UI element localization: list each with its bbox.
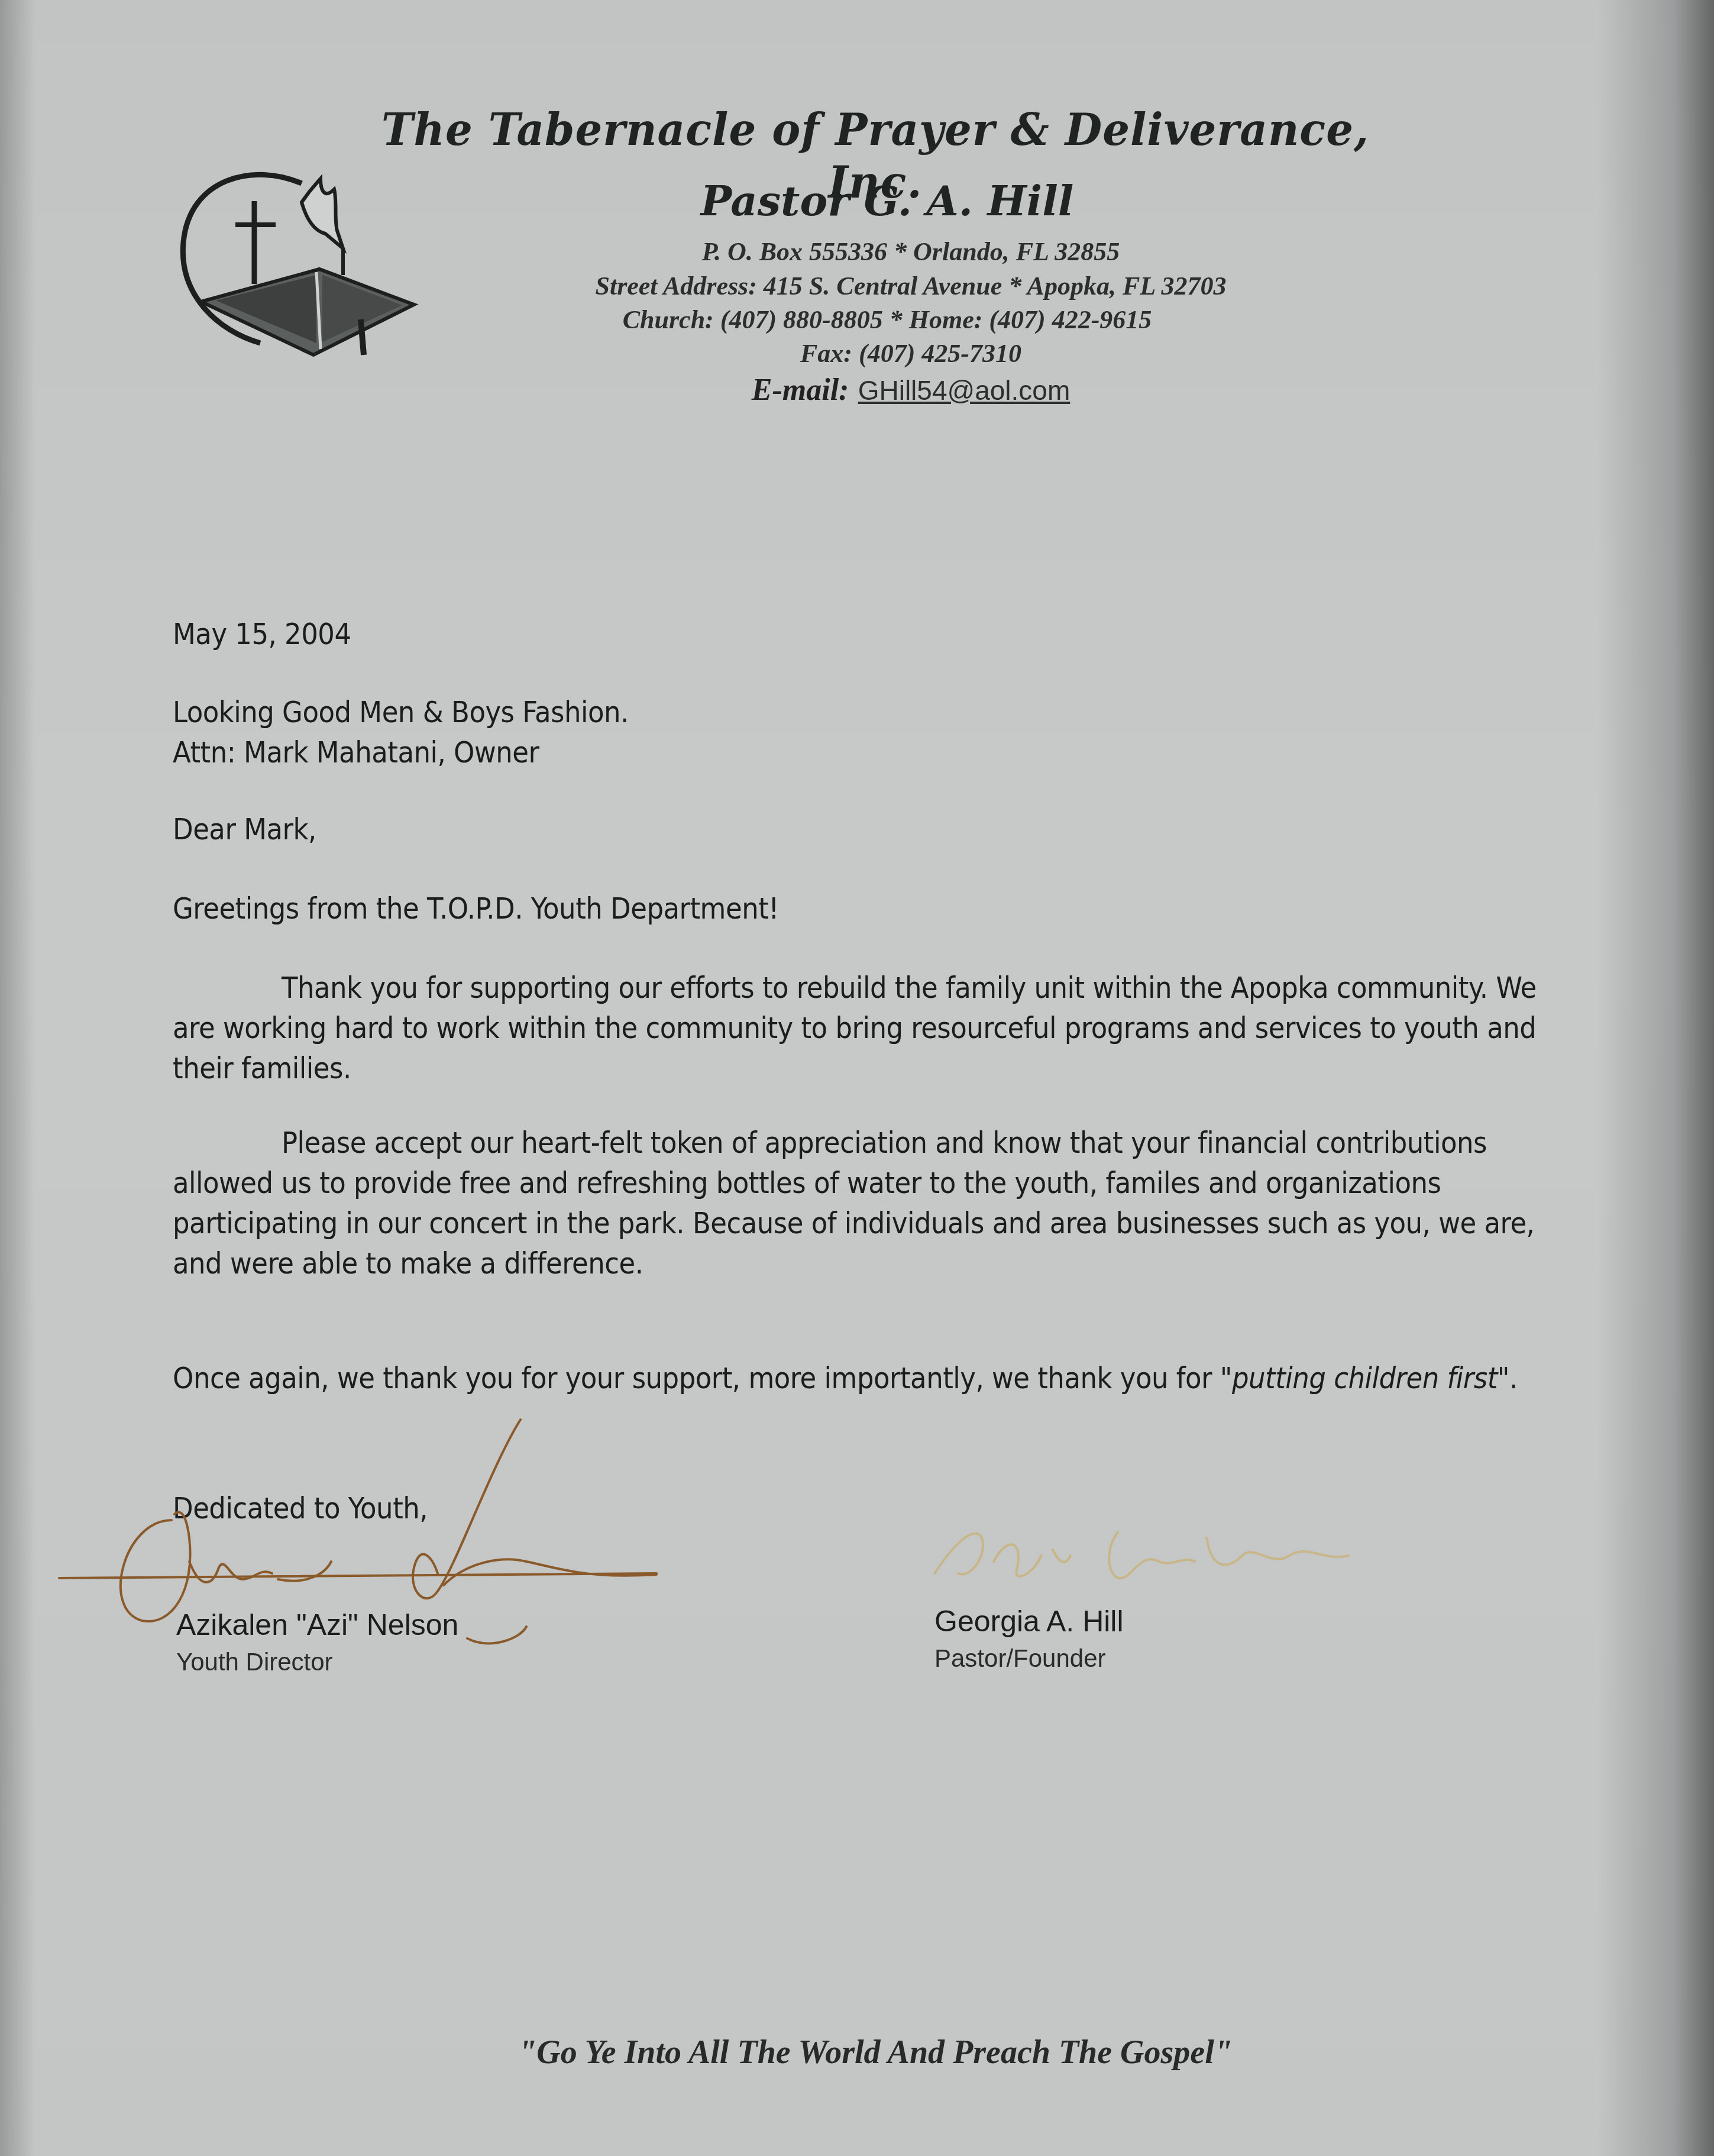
street-address: Street Address: 415 S. Central Avenue * … — [449, 271, 1372, 301]
salutation: Dear Mark, — [173, 809, 1580, 849]
signer-2-title: Pastor/Founder — [934, 1644, 1106, 1673]
fax-number: Fax: (407) 425-7310 — [449, 338, 1372, 369]
email-link[interactable]: GHill54@aol.com — [858, 375, 1071, 406]
paragraph-3: Once again, we thank you for your suppor… — [173, 1358, 1580, 1398]
paragraph-1: Thank you for supporting our efforts to … — [173, 968, 1580, 1088]
email-label: E-mail: — [752, 373, 849, 407]
paragraph-3-emphasis: "putting children first" — [1220, 1361, 1509, 1395]
signer-1-name: Azikalen "Azi" Nelson — [176, 1608, 458, 1642]
paragraph-3-lead: Once again, we thank you for your suppor… — [173, 1361, 1220, 1395]
signer-2-name: Georgia A. Hill — [934, 1604, 1124, 1638]
signer-1-title: Youth Director — [176, 1648, 333, 1676]
pastor-name: Pastor G. A. Hill — [651, 176, 1124, 225]
phone-numbers: Church: (407) 880-8805 * Home: (407) 422… — [426, 305, 1348, 335]
recipient-attention: Attn: Mark Mahatani, Owner — [173, 732, 1580, 772]
recipient-company: Looking Good Men & Boys Fashion. — [173, 692, 1580, 732]
letter-date: May 15, 2004 — [173, 614, 1580, 654]
email-row: E-mail: GHill54@aol.com — [449, 373, 1372, 408]
po-box: P. O. Box 555336 * Orlando, FL 32855 — [449, 237, 1372, 267]
recipient-block: Looking Good Men & Boys Fashion. Attn: M… — [173, 692, 1580, 772]
greeting: Greetings from the T.O.P.D. Youth Depart… — [173, 888, 1580, 929]
signature-hill-icon — [923, 1502, 1360, 1597]
paragraph-2: Please accept our heart-felt token of ap… — [173, 1123, 1580, 1284]
paragraph-3-end: . — [1509, 1361, 1518, 1395]
footer-motto: "Go Ye Into All The World And Preach The… — [355, 2034, 1396, 2071]
letter-page: The Tabernacle of Prayer & Deliverance, … — [0, 0, 1714, 2156]
